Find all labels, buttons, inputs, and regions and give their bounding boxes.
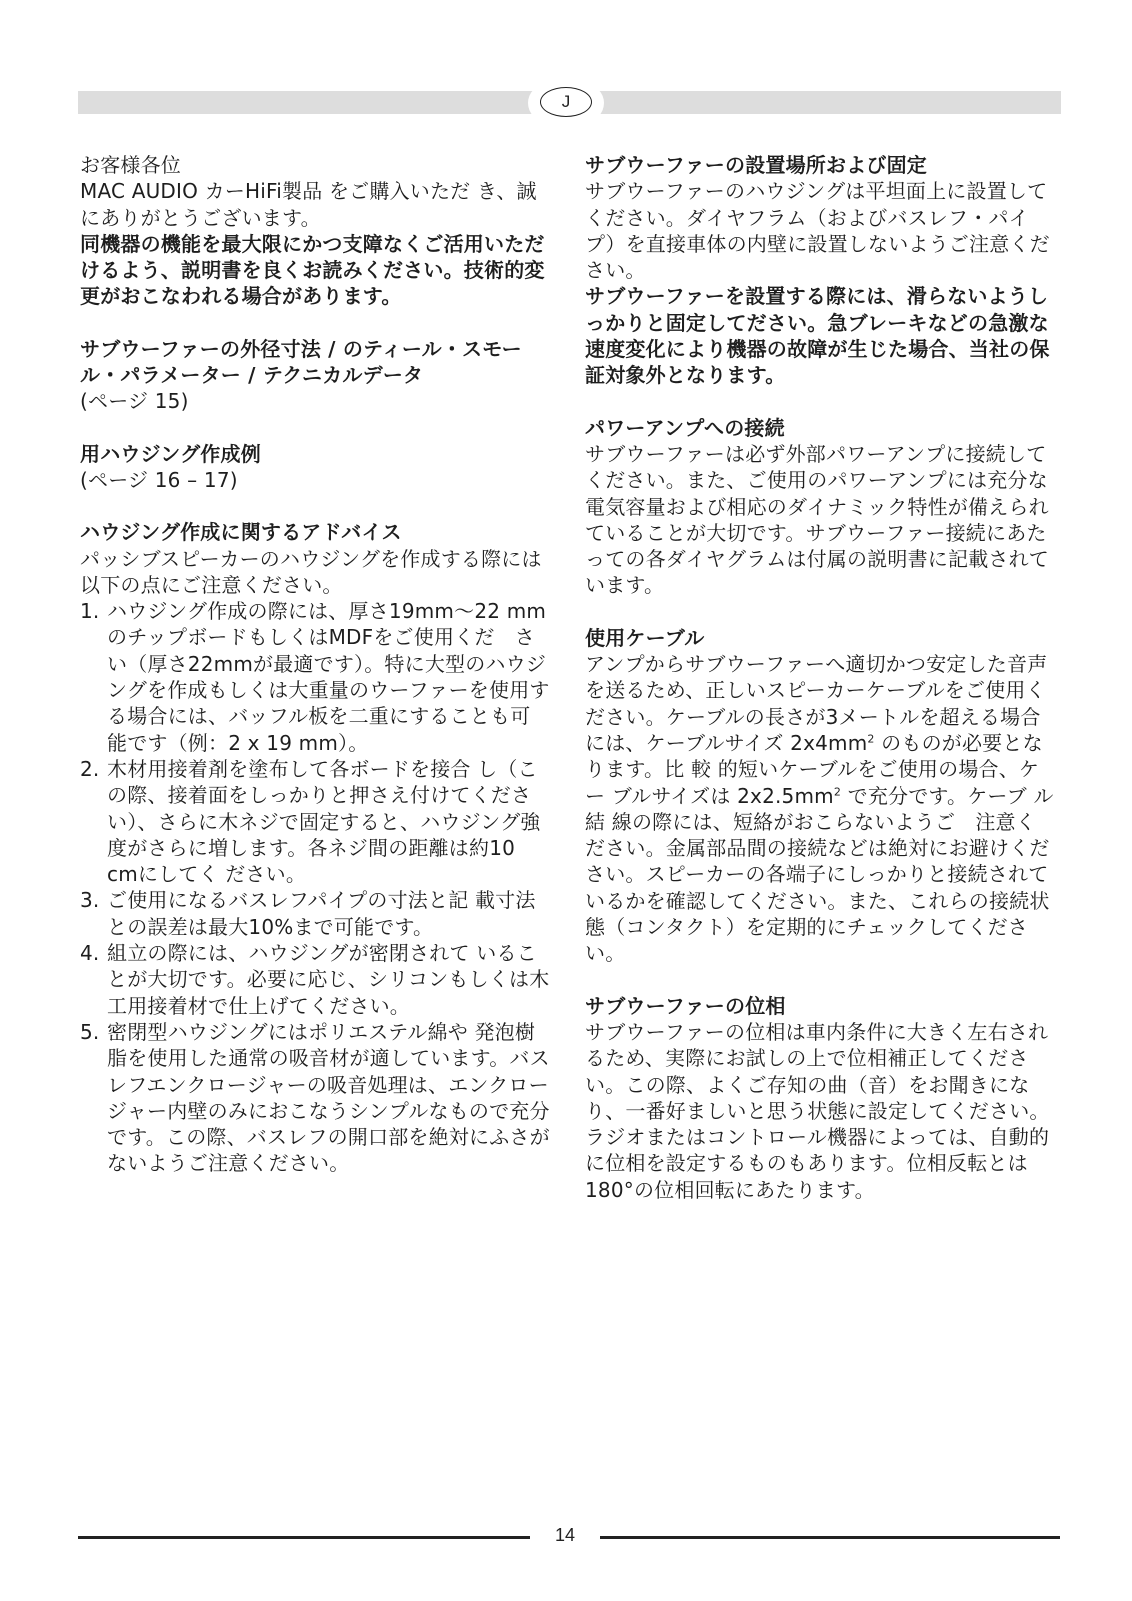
- list-item: 2. 木材用接着剤を塗布して各ボードを接合 し（この際、接着面をしっかりと押さえ…: [80, 756, 550, 887]
- heading-housing-examples: 用ハウジング作成例: [80, 441, 550, 467]
- installation-warning: サブウーファーを設置する際には、滑らないようしっかりと固定してださい。急ブレーキ…: [585, 283, 1055, 388]
- heading-installation: サブウーファーの設置場所および固定: [585, 152, 1055, 178]
- superscript: 2: [867, 732, 874, 745]
- advice-list: 1. ハウジング作成の際には、厚さ19mm〜22 mm のチップボードもしくはM…: [80, 598, 550, 1177]
- list-item-text: ご使用になるバスレフパイプの寸法と記 載寸法との誤差は最大10%まで可能です。: [107, 888, 536, 938]
- cable-text: アンプからサブウーファーへ適切かつ安定した音声を送るため、正しいスピーカーケーブ…: [585, 651, 1055, 967]
- list-item-number: 2.: [80, 756, 99, 782]
- footer-rule-right: [600, 1536, 1060, 1539]
- list-item-number: 5.: [80, 1019, 99, 1045]
- list-item: 3. ご使用になるバスレフパイプの寸法と記 載寸法との誤差は最大10%まで可能で…: [80, 887, 550, 940]
- intro-text: MAC AUDIO カーHiFi製品 をご購入いただ き、誠にありがとうございま…: [80, 178, 550, 231]
- list-item-number: 1.: [80, 598, 99, 624]
- language-badge: J: [540, 87, 592, 117]
- heading-amp-connection: パワーアンプへの接続: [585, 415, 1055, 441]
- superscript: 2: [834, 785, 841, 798]
- amp-connection-text: サブウーファーは必ず外部パワーアンプに接続してください。また、ご使用のパワーアン…: [585, 441, 1055, 599]
- footer-rule-left: [78, 1536, 530, 1539]
- list-item-text: 組立の際には、ハウジングが密閉されて いることが大切です。必要に応じ、シリコンも…: [107, 941, 549, 1018]
- heading-housing-advice: ハウジング作成に関するアドバイス: [80, 519, 550, 545]
- list-item: 5. 密閉型ハウジングにはポリエステル綿や 発泡樹脂を使用した通常の吸音材が適し…: [80, 1019, 550, 1177]
- heading-dimensions: サブウーファーの外径寸法 / のティール・スモール・パラメーター / テクニカル…: [80, 336, 550, 389]
- page-number: 14: [530, 1525, 600, 1546]
- list-item-text: 密閉型ハウジングにはポリエステル綿や 発泡樹脂を使用した通常の吸音材が適していま…: [107, 1020, 550, 1175]
- advice-intro: パッシブスピーカーのハウジングを作成する際には以下の点にご注意ください。: [80, 546, 550, 599]
- phase-text: サブウーファーの位相は車内条件に大きく左右されるため、実際にお試しの上で位相補正…: [585, 1019, 1055, 1203]
- heading-phase: サブウーファーの位相: [585, 993, 1055, 1019]
- left-column: お客様各位 MAC AUDIO カーHiFi製品 をご購入いただ き、誠にありが…: [80, 152, 550, 1177]
- list-item-number: 4.: [80, 940, 99, 966]
- list-item: 1. ハウジング作成の際には、厚さ19mm〜22 mm のチップボードもしくはM…: [80, 598, 550, 756]
- cable-text-part: で充分です。ケーブ ル結 線の際には、短絡がおこらないようご 注意ください。金属…: [585, 784, 1054, 966]
- list-item-text: ハウジング作成の際には、厚さ19mm〜22 mm のチップボードもしくはMDFを…: [107, 599, 566, 754]
- heading-cables: 使用ケーブル: [585, 625, 1055, 651]
- page-reference-dimensions: (ページ 15): [80, 388, 550, 414]
- greeting: お客様各位: [80, 152, 550, 178]
- page-reference-examples: (ページ 16 – 17): [80, 467, 550, 493]
- right-column: サブウーファーの設置場所および固定 サブウーファーのハウジングは平坦面上に設置し…: [585, 152, 1055, 1203]
- list-item: 4. 組立の際には、ハウジングが密閉されて いることが大切です。必要に応じ、シリ…: [80, 940, 550, 1019]
- intro-bold-notice: 同機器の機能を最大限にかつ支障なくご活用いただけるよう、説明書を良くお読みくださ…: [80, 231, 550, 310]
- list-item-number: 3.: [80, 887, 99, 913]
- list-item-text: 木材用接着剤を塗布して各ボードを接合 し（この際、接着面をしっかりと押さえ付けて…: [107, 757, 541, 886]
- installation-text: サブウーファーのハウジングは平坦面上に設置してください。ダイヤフラム（およびバス…: [585, 178, 1055, 283]
